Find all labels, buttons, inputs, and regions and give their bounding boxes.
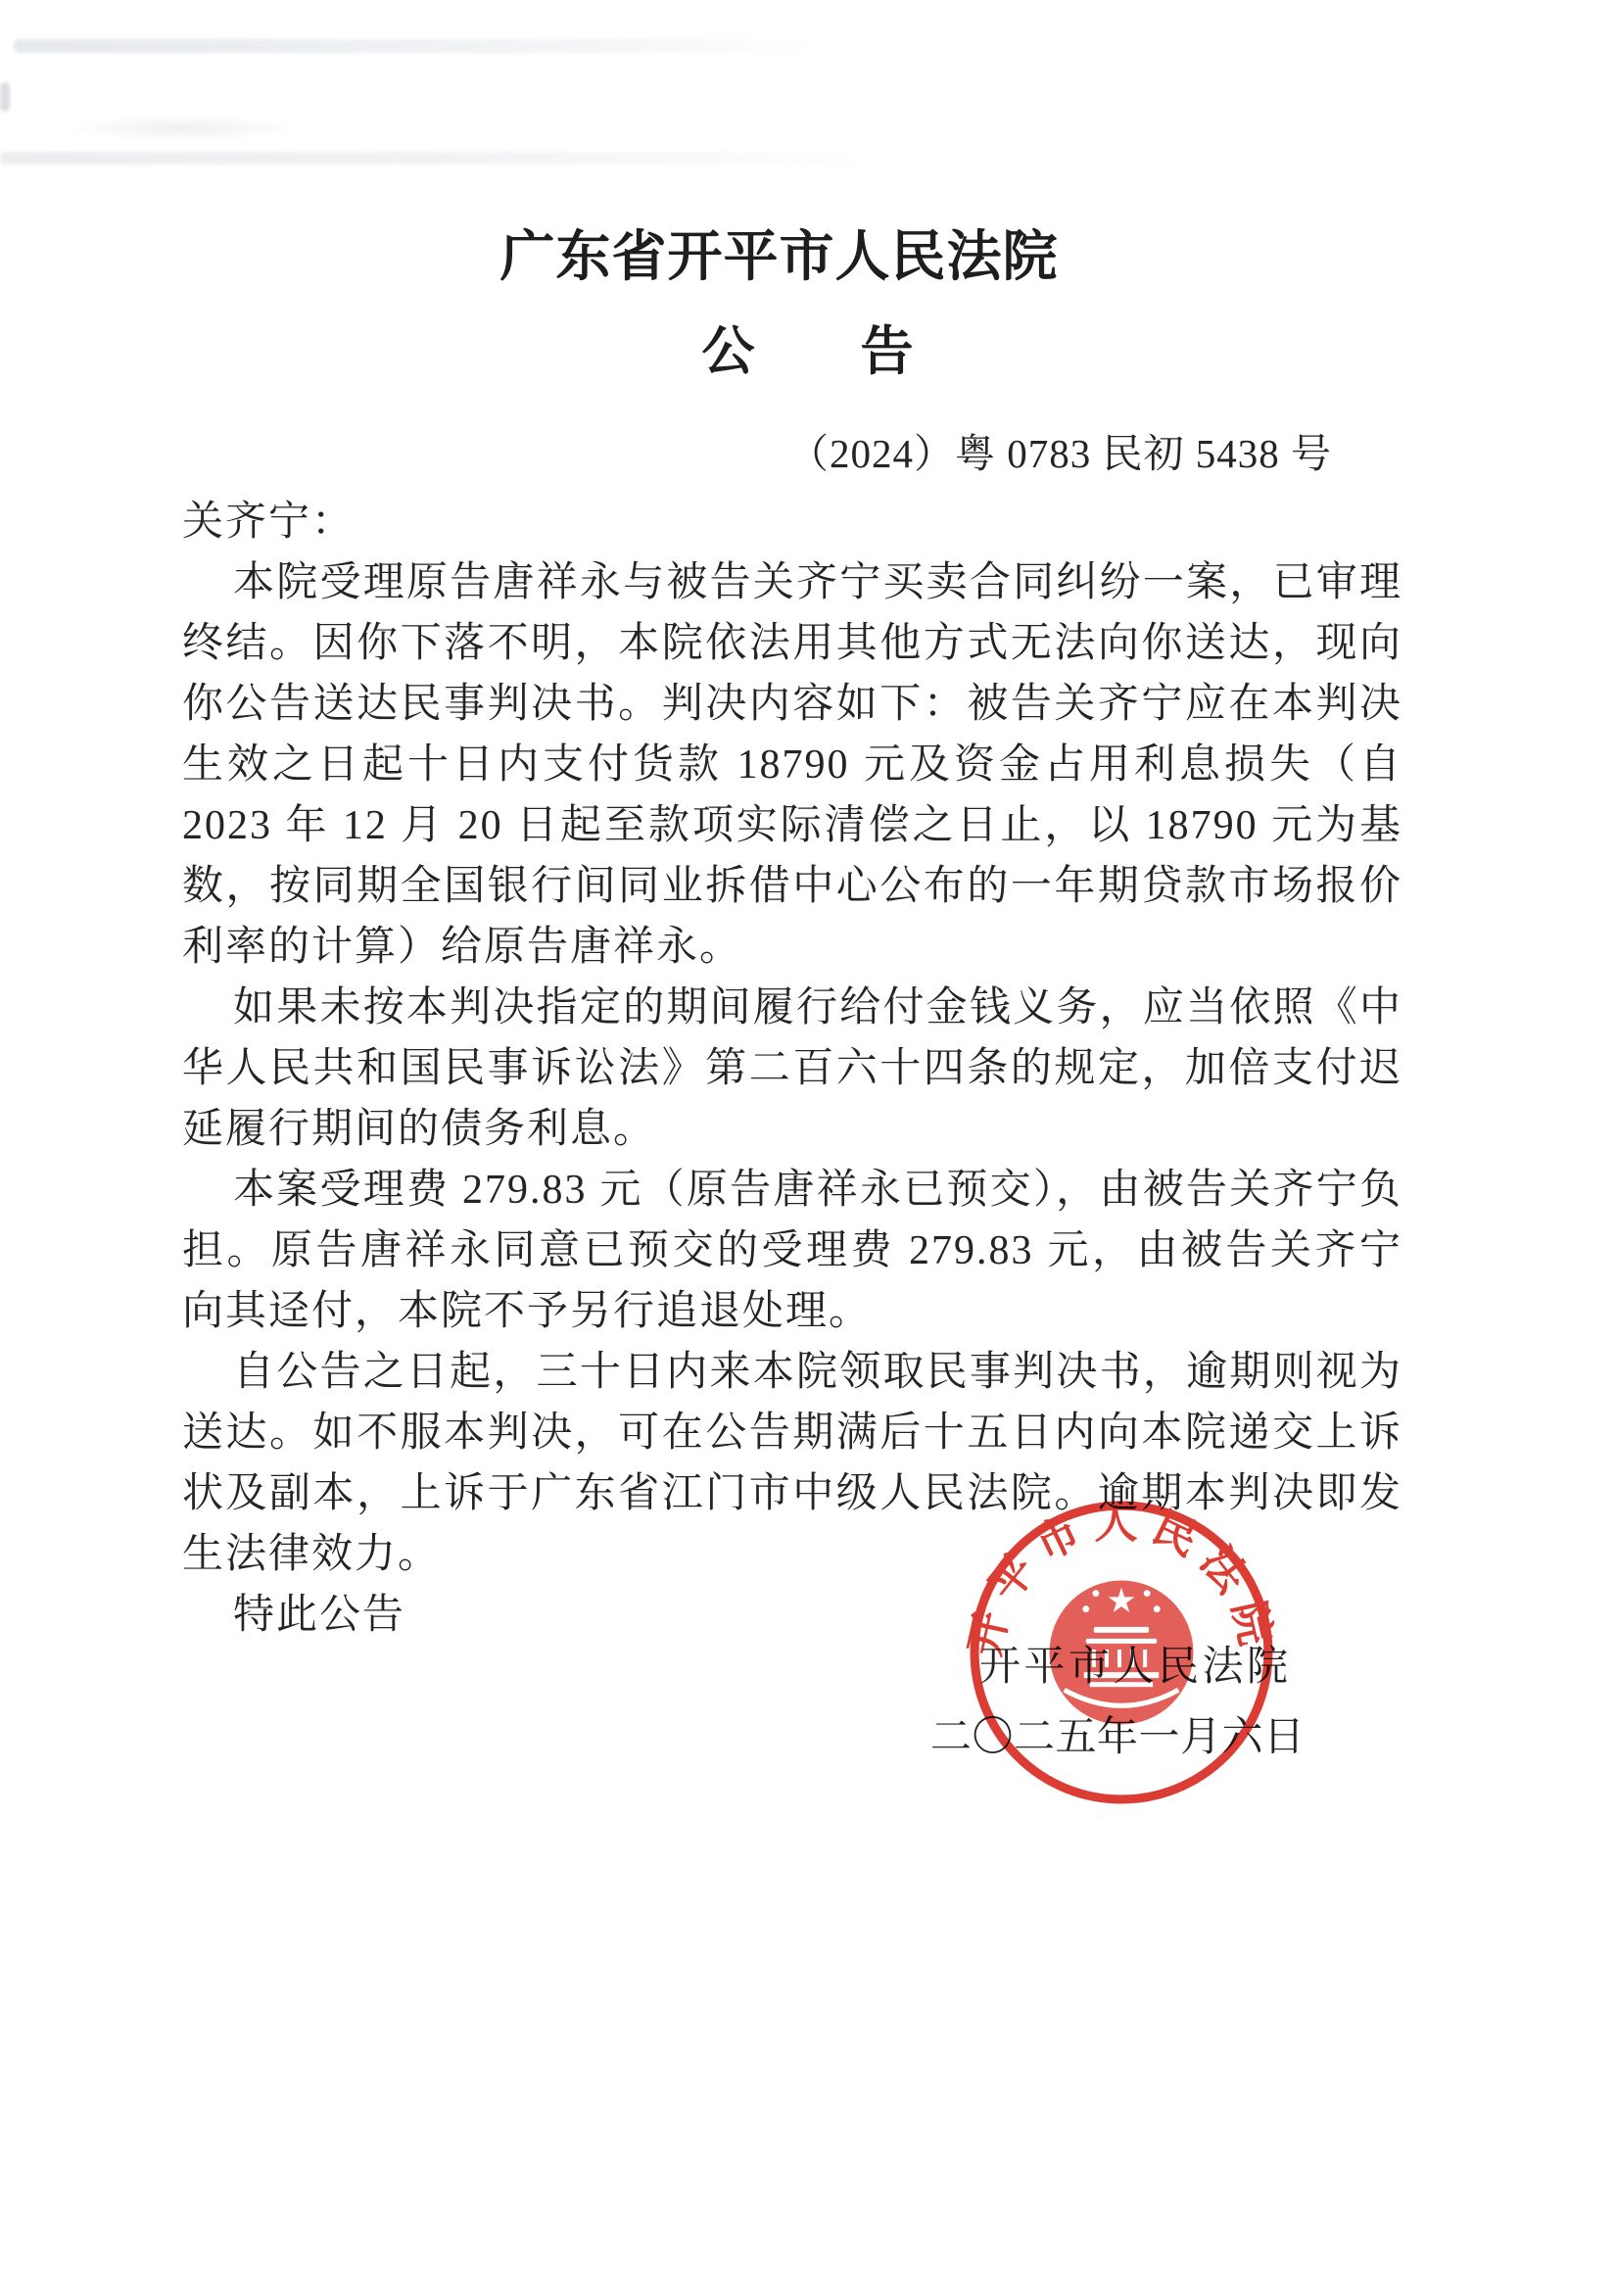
paragraph: 本案受理费 279.83 元（原告唐祥永已预交），由被告关齐宁负担。原告唐祥永同… (182, 1160, 1402, 1342)
scan-smudge (0, 152, 881, 165)
court-seal: 开平市人民法院 (964, 1495, 1279, 1810)
notice-body: 关齐宁： 本院受理原告唐祥永与被告关齐宁买卖合同纠纷一案，已审理终结。因你下落不… (182, 492, 1402, 1646)
small-star (1092, 1590, 1099, 1597)
gate-column (1130, 1650, 1134, 1667)
small-star (1154, 1605, 1161, 1612)
gate-base (1090, 1682, 1153, 1687)
scan-smudge (14, 39, 817, 53)
gate-column (1092, 1650, 1096, 1667)
notice-page: 广东省开平市人民法院 公 告 （2024）粤 0783 民初 5438 号 关齐… (0, 0, 1615, 2296)
paragraph: 本院受理原告唐祥永与被告关齐宁买卖合同纠纷一案，已审理终结。因你下落不明，本院依… (182, 552, 1402, 978)
gate-column (1105, 1650, 1109, 1667)
case-number: （2024）粤 0783 民初 5438 号 (788, 421, 1332, 479)
gate-base (1084, 1672, 1159, 1678)
scan-smudge (0, 82, 10, 112)
scan-smudge (65, 116, 300, 141)
notice-title: 公 告 (0, 310, 1615, 385)
gate-column (1143, 1650, 1147, 1667)
court-title: 广东省开平市人民法院 (0, 214, 1615, 292)
addressee: 关齐宁： (182, 492, 1402, 552)
gate-roof (1086, 1639, 1157, 1644)
gate-roof (1094, 1627, 1149, 1633)
gate-column (1117, 1650, 1121, 1667)
small-star (1144, 1590, 1151, 1597)
national-emblem-icon (1050, 1581, 1194, 1725)
paragraph: 如果未按本判决指定的期间履行给付金钱义务，应当依照《中华人民共和国民事诉讼法》第… (182, 978, 1402, 1160)
small-star (1082, 1605, 1089, 1612)
